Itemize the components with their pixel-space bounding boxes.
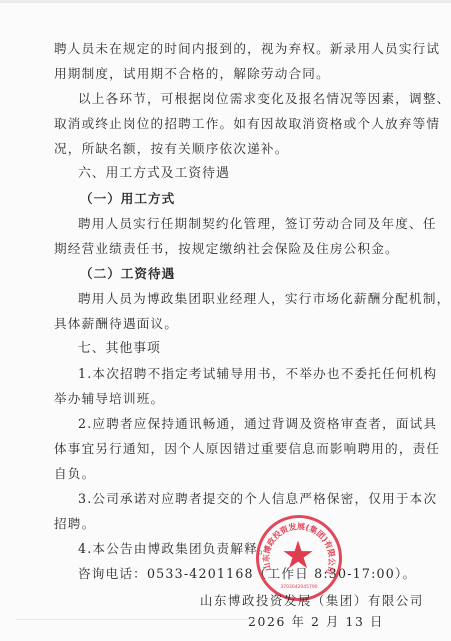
paragraph-line: 取消或终止岗位的招聘工作。如有因故取消资格或个人放弃等情	[54, 116, 440, 132]
document-page: 聘人员未在规定的时间内报到的，视为弃权。新录用人员实行试 用期制度，试用期不合格…	[0, 0, 451, 641]
paragraph-line: 期经营业绩责任书，按规定缴纳社会保险及住房公积金。	[54, 241, 399, 257]
section-heading-7: 七、其他事项	[78, 341, 161, 357]
item-line: 3.公司承诺对应聘者提交的个人信息严格保密，仅用于本次	[78, 491, 437, 507]
section-heading-6: 六、用工方式及工资待遇	[78, 166, 230, 182]
signature-company: 山东博政投资发展（集团）有限公司	[200, 591, 424, 609]
signature-date: 2026 年 2 月 13 日	[248, 612, 384, 630]
item-line: 1.本次招聘不指定考试辅导用书，不举办也不委托任何机构	[78, 366, 437, 382]
star-icon: ★	[281, 536, 315, 574]
paragraph-line: 聘人员未在规定的时间内报到的，视为弃权。新录用人员实行试	[54, 41, 440, 57]
subheading-employment-method: （一）用工方式	[80, 191, 175, 207]
divider	[16, 619, 256, 620]
paragraph-line: 况，所缺名额，按有关顺序依次递补。	[54, 141, 289, 157]
item-line: 体事宜另行通知，因个人原因错过重要信息而影响聘用的，责任	[54, 441, 440, 457]
item-line: 2.应聘者应保持通讯畅通，通过背调及资格审查者，面试具	[78, 416, 437, 432]
item-line: 举办辅导培训班。	[54, 391, 164, 407]
paragraph-line: 以上各环节，可根据岗位需求变化及报名情况等因素，调整、	[78, 91, 450, 107]
item-line: 自负。	[54, 466, 95, 482]
paragraph-line: 聘用人员实行任期制契约化管理，签订劳动合同及年度、任	[78, 216, 437, 232]
paragraph-line: 具体薪酬待遇面议。	[54, 316, 178, 332]
paragraph-line: 用期制度，试用期不合格的，解除劳动合同。	[54, 66, 330, 82]
item-line: 4.本公告由博政集团负责解释。	[78, 541, 272, 557]
company-seal: 山东博政投资发展(集团)有限公司 3703042045790 ★	[256, 515, 342, 601]
item-line: 招聘。	[54, 516, 95, 532]
svg-text:3703042045790: 3703042045790	[280, 584, 317, 590]
subheading-salary: （二）工资待遇	[80, 266, 175, 282]
contact-line: 咨询电话：0533-4201168（工作日 8:30-17:00）。	[78, 566, 416, 582]
paragraph-line: 聘用人员为博政集团职业经理人，实行市场化薪酬分配机制，	[78, 291, 450, 307]
